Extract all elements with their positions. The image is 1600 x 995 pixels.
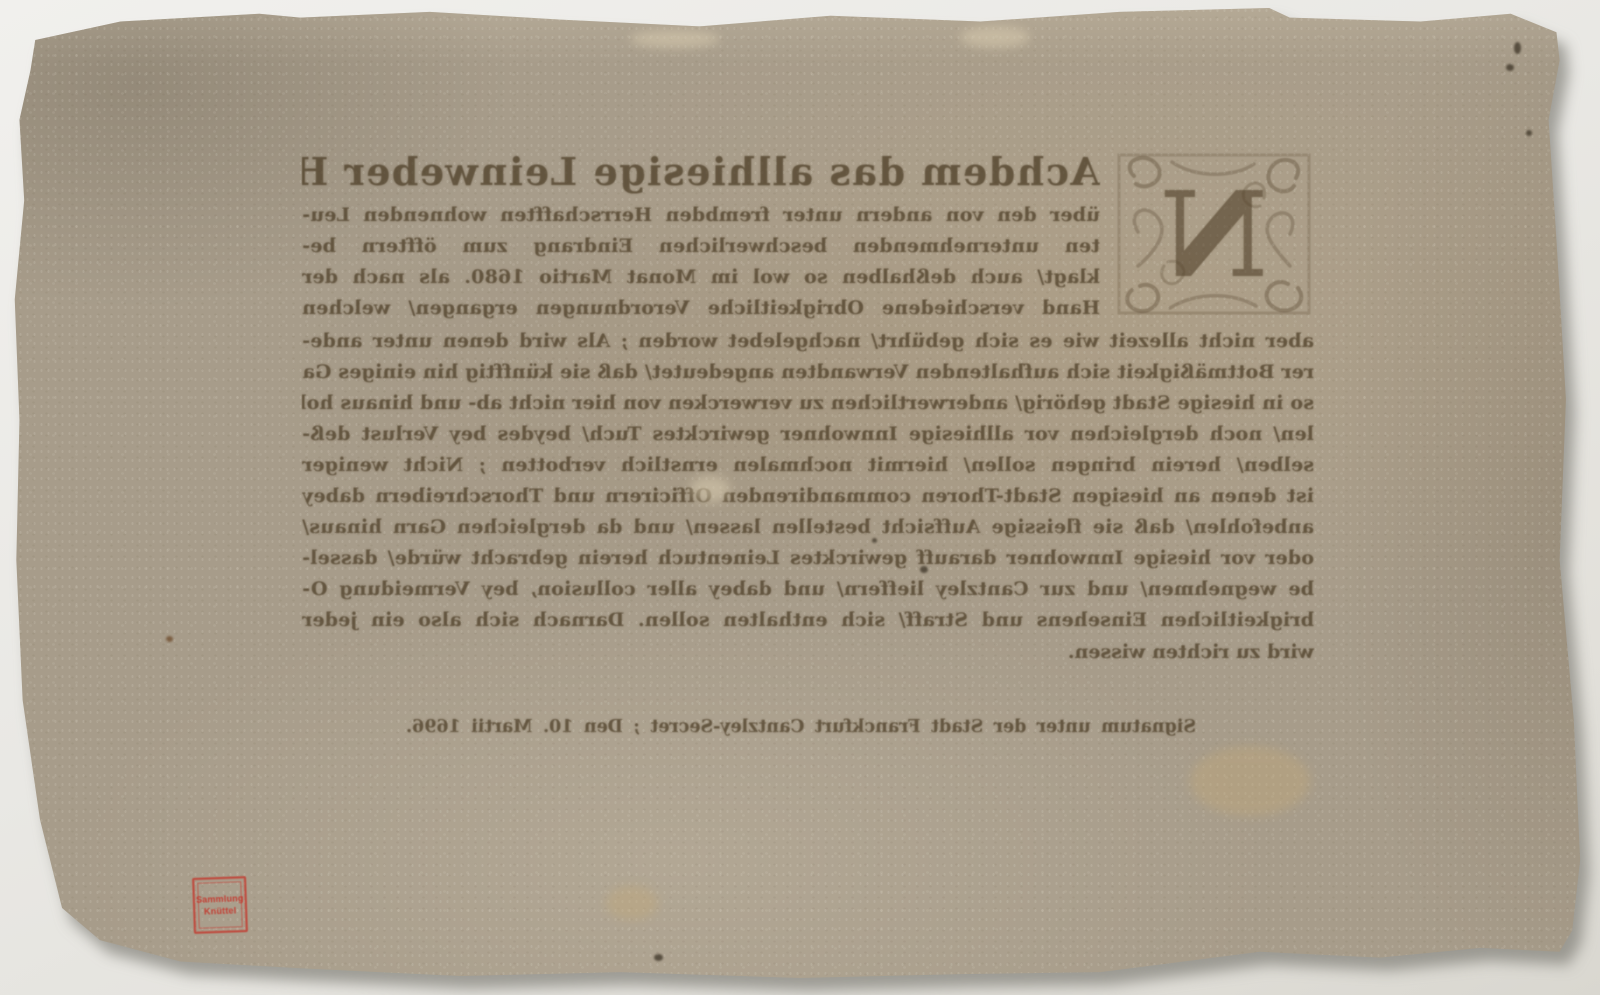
tan-stain: [1190, 746, 1310, 816]
text-line: len/ noch dergleichen vor allhiesige Inn…: [302, 419, 1314, 450]
text-line: Hand verschiedene Obrigkeitliche Verordn…: [302, 293, 1100, 324]
text-line: über den von andern unter frembden Herrs…: [302, 200, 1100, 231]
wormhole: [1526, 130, 1532, 136]
stamp-line-2: Knüttel: [204, 906, 237, 916]
mirrored-text-block: N Achdem das allhiesige Leinweber Handwe…: [302, 144, 1314, 740]
wormhole: [1506, 64, 1514, 71]
heading-line: Achdem das allhiesige Leinweber Handwerc…: [302, 144, 1100, 200]
initial-letter: N: [1160, 165, 1268, 304]
text-line: rer Bottmäßigkeit sich aufhaltenden Verw…: [302, 357, 1314, 388]
edge-abrasion: [630, 30, 720, 48]
text-line: so in hiesige Stadt gehörig/ anderwertli…: [302, 388, 1314, 419]
text-line: anbefohlen/ daß sie fleissige Auffsicht …: [302, 512, 1314, 543]
stamp-line-1: Sammlung: [196, 894, 244, 905]
edge-abrasion: [960, 26, 1030, 48]
ornamental-initial: N: [1114, 148, 1314, 320]
tan-stain: [606, 886, 658, 920]
rust-spot: [166, 636, 173, 642]
signature-line: Signatum unter der Stadt Franckfurt Cant…: [406, 714, 1196, 740]
collection-stamp: Sammlung Knüttel: [192, 876, 248, 934]
text-line: brigkeitlichen Einsehens und Straff/ sic…: [302, 605, 1314, 636]
ornamental-initial-woodcut: N: [1114, 148, 1314, 320]
text-line: klagt/ auch deßhalben so wol im Monat Ma…: [302, 262, 1100, 293]
text-line: be wegnehmen/ und zur Cantzley lieffern/…: [302, 574, 1314, 605]
photograph-background: N Achdem das allhiesige Leinweber Handwe…: [0, 0, 1600, 995]
body-lines: aber nicht allezeit wie es sich gebührt/…: [302, 326, 1314, 636]
document-sheet: N Achdem das allhiesige Leinweber Handwe…: [10, 6, 1588, 978]
paper-shadow-wrapper: N Achdem das allhiesige Leinweber Handwe…: [0, 0, 1600, 995]
edge-speck: [654, 954, 663, 961]
closing-line: wird zu richten wissen.: [302, 637, 1314, 668]
text-line: ist denen an hiesigen Stadt-Thoren comma…: [302, 481, 1314, 512]
text-line: ten unternehmenden beschwerlichen Eindra…: [302, 231, 1100, 262]
text-line: selben/ herein bringen sollen/ hiermit n…: [302, 450, 1314, 481]
wormhole: [1514, 42, 1521, 54]
text-line: oder vor hiesige Innwohner darauff gewir…: [302, 543, 1314, 574]
text-line: aber nicht allezeit wie es sich gebührt/…: [302, 326, 1314, 357]
